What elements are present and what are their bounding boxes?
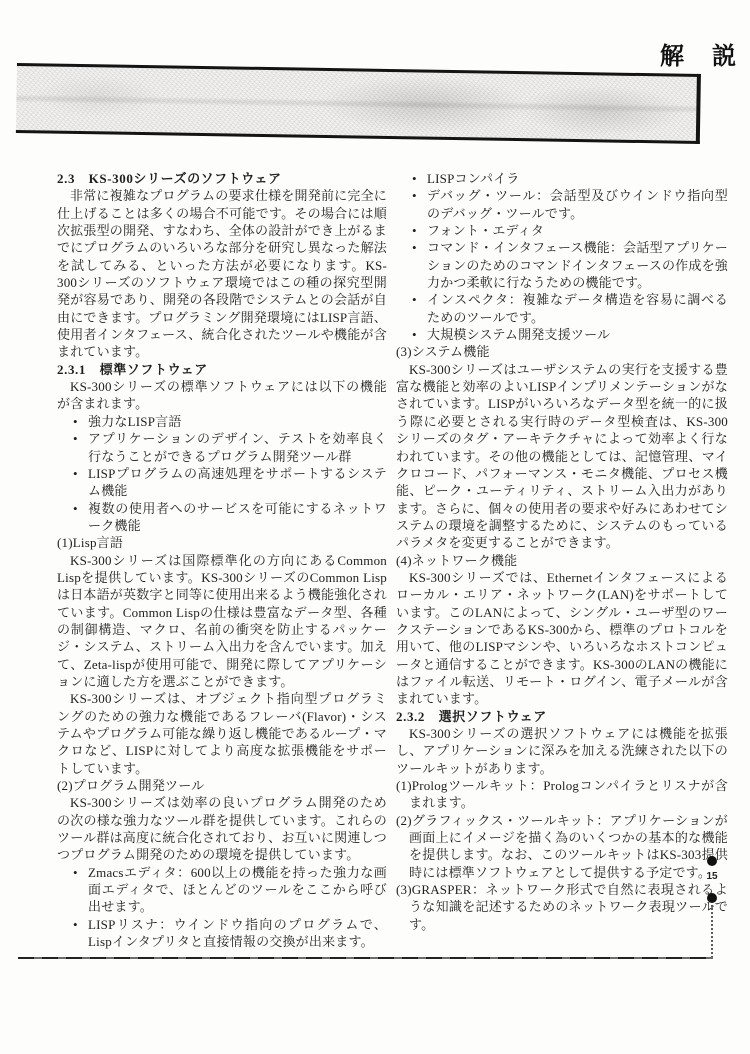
- numbered-item: (1)Prologツールキット：Prologコンパイラとリスナが含まれます。: [396, 777, 728, 812]
- page-number: 15: [702, 871, 722, 882]
- text-column-left: 2.3 KS-300シリーズのソフトウェア 非常に複雑なプログラムの要求仕様を開…: [57, 170, 387, 950]
- paragraph: KS-300シリーズは国際標準化の方向にあるCommon Lispを提供していま…: [57, 552, 387, 691]
- numbered-item: (3)GRASPER：ネットワーク形式で自然に表現されるような知識を記述するため…: [396, 881, 728, 933]
- numbered-item: (2)グラフィックス・ツールキット：アプリケーションが画面上にイメージを描く為の…: [396, 812, 728, 881]
- numbered-heading: (2)プログラム開発ツール: [57, 777, 387, 794]
- page-marker-dot-bottom: [707, 893, 717, 903]
- numbered-heading: (1)Lisp言語: [57, 534, 387, 551]
- bullet-item: Zmacsエディタ：600以上の機能を持った強力な画面エディタで、ほとんどのツー…: [57, 864, 387, 916]
- bullet-item: LISPプログラムの高速処理をサポートするシステム機能: [57, 465, 387, 500]
- paragraph: KS-300シリーズでは、Ethernetインタフェースによるローカル・エリア・…: [396, 569, 728, 708]
- section-heading: 2.3.2 選択ソフトウェア: [396, 708, 728, 725]
- bullet-item: 複数の使用者へのサービスを可能にするネットワーク機能: [57, 500, 387, 535]
- numbered-heading: (3)システム機能: [396, 343, 728, 360]
- paragraph: KS-300シリーズは、オブジェクト指向型プログラミングのための強力な機能である…: [57, 690, 387, 777]
- page-marker-line: [711, 905, 713, 958]
- section-heading: 2.3.1 標準ソフトウェア: [57, 361, 387, 378]
- bullet-item: LISPコンパイラ: [396, 170, 728, 187]
- page-marker-dot-top: [707, 856, 717, 866]
- section-heading: 2.3 KS-300シリーズのソフトウェア: [57, 170, 387, 187]
- paragraph: KS-300シリーズは効率の良いプログラム開発のための次の様な強力なツール群を提…: [57, 794, 387, 863]
- bullet-item: 大規模システム開発支援ツール: [396, 326, 728, 343]
- bottom-rule: [18, 957, 713, 959]
- paragraph: 非常に複雑なプログラムの要求仕様を開発前に完全に仕上げることは多くの場合不可能で…: [57, 187, 387, 360]
- halftone-band: [16, 63, 701, 144]
- page-header-title: 解 説: [660, 36, 738, 71]
- document-page: 解 説 2.3 KS-300シリーズのソフトウェア 非常に複雑なプログラムの要求…: [0, 0, 750, 1054]
- bullet-item: フォント・エディタ: [396, 222, 728, 239]
- bullet-item: コマンド・インタフェース機能：会話型アプリケーションのためのコマンドインタフェー…: [396, 239, 728, 291]
- bullet-item: 強力なLISP言語: [57, 413, 387, 430]
- text-column-right: LISPコンパイラ デバッグ・ツール：会話型及びウインドウ指向型のデバッグ・ツー…: [396, 170, 728, 933]
- paragraph: KS-300シリーズの標準ソフトウェアには以下の機能が含まれます。: [57, 378, 387, 413]
- numbered-heading: (4)ネットワーク機能: [396, 552, 728, 569]
- paragraph: KS-300シリーズの選択ソフトウェアには機能を拡張し、アプリケーションに深みを…: [396, 725, 728, 777]
- bullet-item: LISPリスナ：ウインドウ指向のプログラムで、Lispインタプリタと直接情報の交…: [57, 916, 387, 951]
- bullet-item: アプリケーションのデザイン、テストを効率良く行なうことができるプログラム開発ツー…: [57, 430, 387, 465]
- bullet-item: インスペクタ：複雑なデータ構造を容易に調べるためのツールです。: [396, 291, 728, 326]
- paragraph: KS-300シリーズはユーザシステムの実行を支援する豊富な機能と効率のよいLIS…: [396, 361, 728, 552]
- bullet-item: デバッグ・ツール：会話型及びウインドウ指向型のデバッグ・ツールです。: [396, 187, 728, 222]
